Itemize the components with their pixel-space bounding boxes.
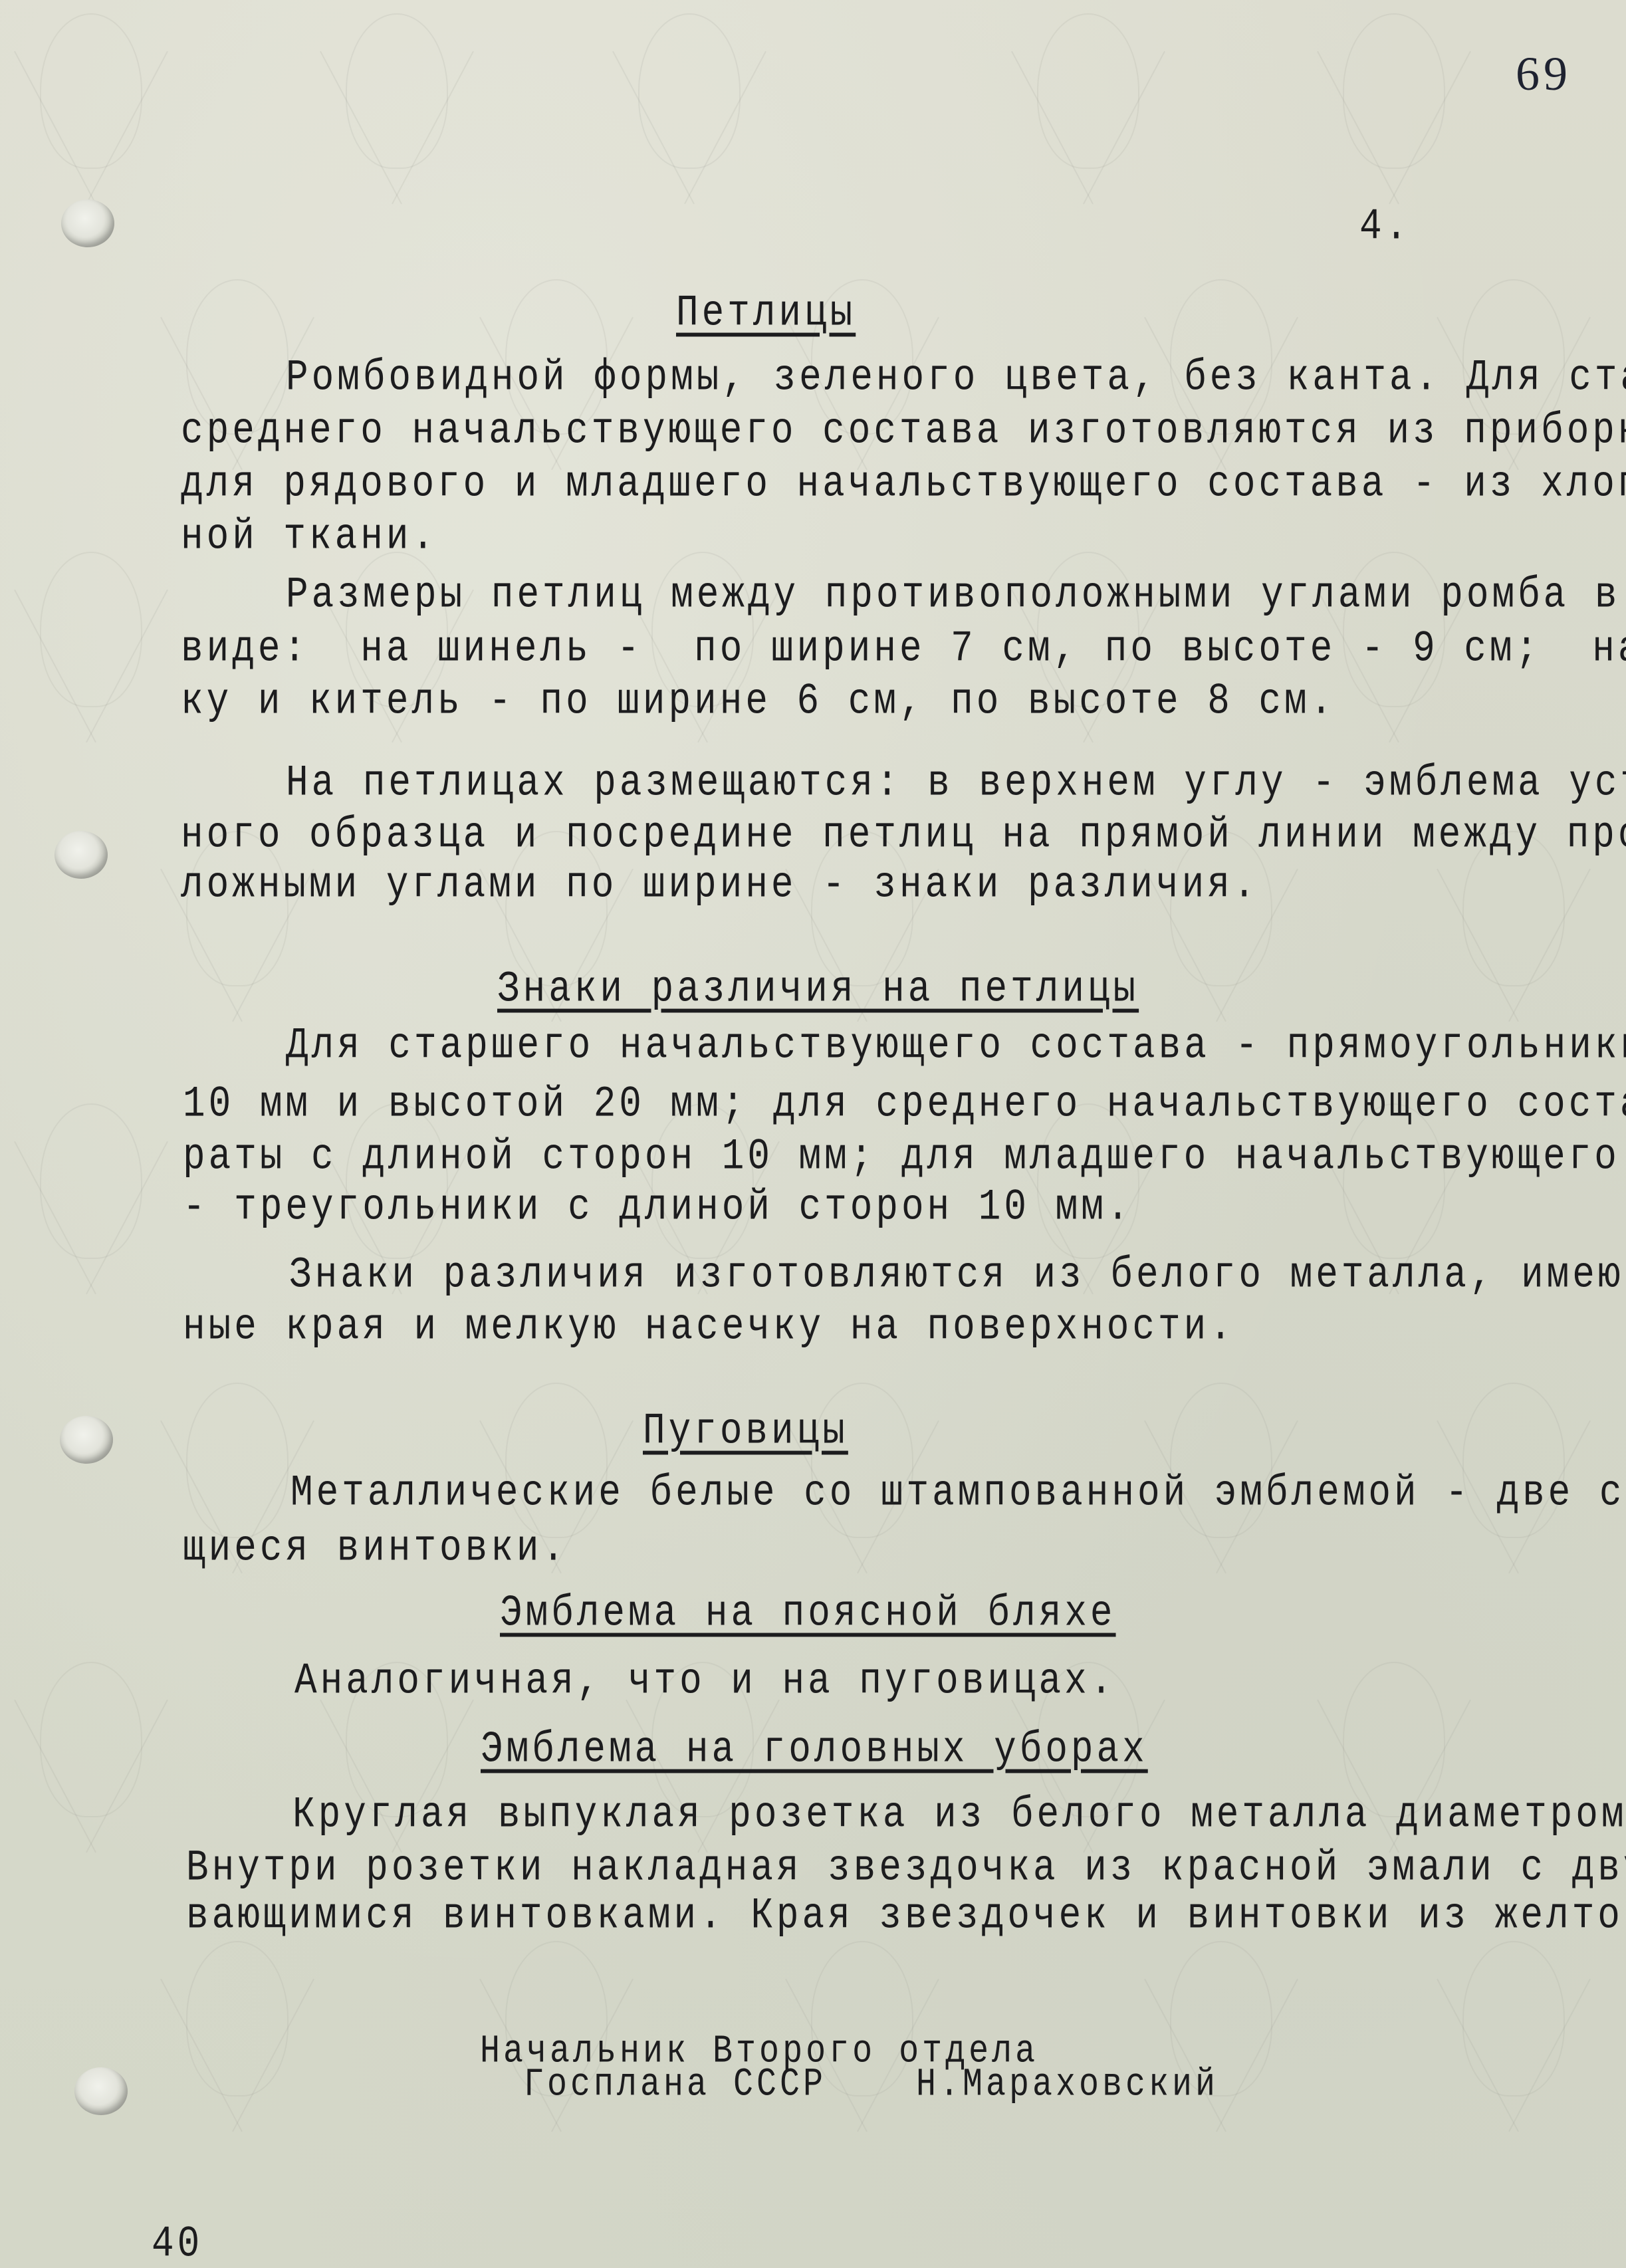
text-line: щиеся винтовки. [183,1526,568,1570]
section-heading-insignia: Знаки различия на петлицы [497,967,1139,1011]
signature-title-line2: Госплана СССР [524,2066,826,2105]
text-line: Знаки различия изготовляются из белого м… [289,1253,1626,1297]
punch-hole [74,2067,128,2115]
bottom-number: 40 [152,2219,203,2268]
text-line: ного образца и посредине петлиц на прямо… [181,813,1626,857]
text-line: Аналогичная, что и на пуговицах. [294,1659,1115,1703]
section-heading-headgear-emblem: Эмблема на головных уборах [481,1728,1148,1771]
text-line: раты с длиной сторон 10 мм; для младшего… [183,1135,1626,1179]
text-line: виде: на шинель - по ширине 7 см, по выс… [181,627,1626,671]
archive-sheet-number: 69 [1516,47,1571,102]
document-page: 69 4. Петлицы Ромбовидной формы, зеленог… [0,0,1626,2268]
text-line: для рядового и младшего начальствующего … [181,462,1626,506]
text-line: Размеры петлиц между противоположными уг… [286,573,1626,617]
punch-hole [55,831,108,879]
text-line: ной ткани. [181,514,437,558]
text-line: Круглая выпуклая розетка из белого метал… [292,1793,1626,1837]
text-line: среднего начальствующего состава изготов… [181,409,1626,453]
text-line: Внутри розетки накладная звездочка из кр… [186,1846,1626,1890]
text-line: Ромбовидной формы, зеленого цвета, без к… [286,356,1626,399]
section-heading-buttons: Пуговицы [643,1409,848,1453]
text-line: ные края и мелкую насечку на поверхности… [183,1305,1235,1349]
text-line: - треугольники с длиной сторон 10 мм. [183,1185,1132,1229]
section-heading-petlitsy: Петлицы [676,291,856,335]
text-line: вающимися винтовками. Края звездочек и в… [186,1894,1626,1938]
text-line: Металлические белые со штампованной эмбл… [290,1471,1626,1515]
text-line: Для старшего начальствующего состава - п… [286,1024,1626,1068]
text-line: ку и китель - по ширине 6 см, по высоте … [181,679,1336,723]
text-line: ложными углами по ширине - знаки различи… [181,863,1258,907]
section-heading-belt-buckle-emblem: Эмблема на поясной бляхе [500,1591,1116,1635]
page-number: 4. [1359,201,1411,252]
punch-hole [61,199,114,247]
text-line: 10 мм и высотой 20 мм; для среднего нача… [183,1082,1626,1126]
signature-name: Н.Мараховский [916,2066,1219,2105]
punch-hole [60,1416,113,1464]
text-line: На петлицах размещаются: в верхнем углу … [286,761,1626,805]
